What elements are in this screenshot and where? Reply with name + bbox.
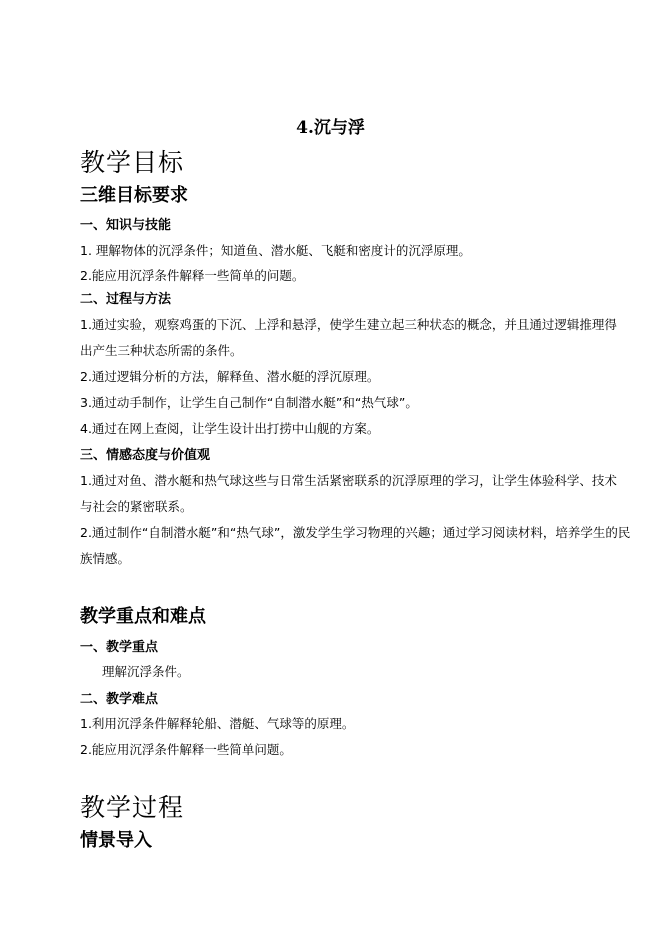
subheading-three-dimension-goals: 三维目标要求 [80,181,188,207]
heading-teaching-process: 教学过程 [80,788,184,824]
paragraph: 1. 理解物体的沉浮条件；知道鱼、潜水艇、飞艇和密度计的沉浮原理。 [80,241,471,259]
subheading-scenario-intro: 情景导入 [80,826,152,852]
paragraph: 1.通过实验，观察鸡蛋的下沉、上浮和悬浮，使学生建立起三种状态的概念，并且通过逻… [80,315,617,333]
heading-emotion-values: 三、情感态度与价值观 [80,444,210,463]
document-page: 4.沉与浮 教学目标 三维目标要求 一、知识与技能 1. 理解物体的沉浮条件；知… [0,0,661,935]
paragraph: 理解沉浮条件。 [102,662,190,680]
paragraph: 2.能应用沉浮条件解释一些简单的问题。 [80,266,304,284]
paragraph: 出产生三种状态所需的条件。 [80,341,243,359]
paragraph: 与社会的紧密联系。 [80,497,193,515]
heading-process-methods: 二、过程与方法 [80,288,171,307]
paragraph: 4.通过在网上查阅，让学生设计出打捞中山舰的方案。 [80,419,379,437]
paragraph: 2.通过制作“自制潜水艇”和“热气球”，激发学生学习物理的兴趣；通过学习阅读材料… [80,523,630,541]
paragraph: 1.利用沉浮条件解释轮船、潜艇、气球等的原理。 [80,714,354,732]
document-title: 4.沉与浮 [0,113,661,138]
heading-key-difficult-points: 教学重点和难点 [80,602,206,628]
heading-difficult-points: 二、教学难点 [80,688,158,707]
heading-teaching-goals: 教学目标 [80,143,184,179]
heading-key-points: 一、教学重点 [80,636,158,655]
heading-knowledge-skills: 一、知识与技能 [80,214,171,233]
paragraph: 2.通过逻辑分析的方法，解释鱼、潜水艇的浮沉原理。 [80,367,379,385]
paragraph: 1.通过对鱼、潜水艇和热气球这些与日常生活紧密联系的沉浮原理的学习，让学生体验科… [80,471,617,489]
paragraph: 2.能应用沉浮条件解释一些简单问题。 [80,740,292,758]
paragraph: 族情感。 [80,549,130,567]
paragraph: 3.通过动手制作，让学生自己制作“自制潜水艇”和“热气球”。 [80,393,418,411]
